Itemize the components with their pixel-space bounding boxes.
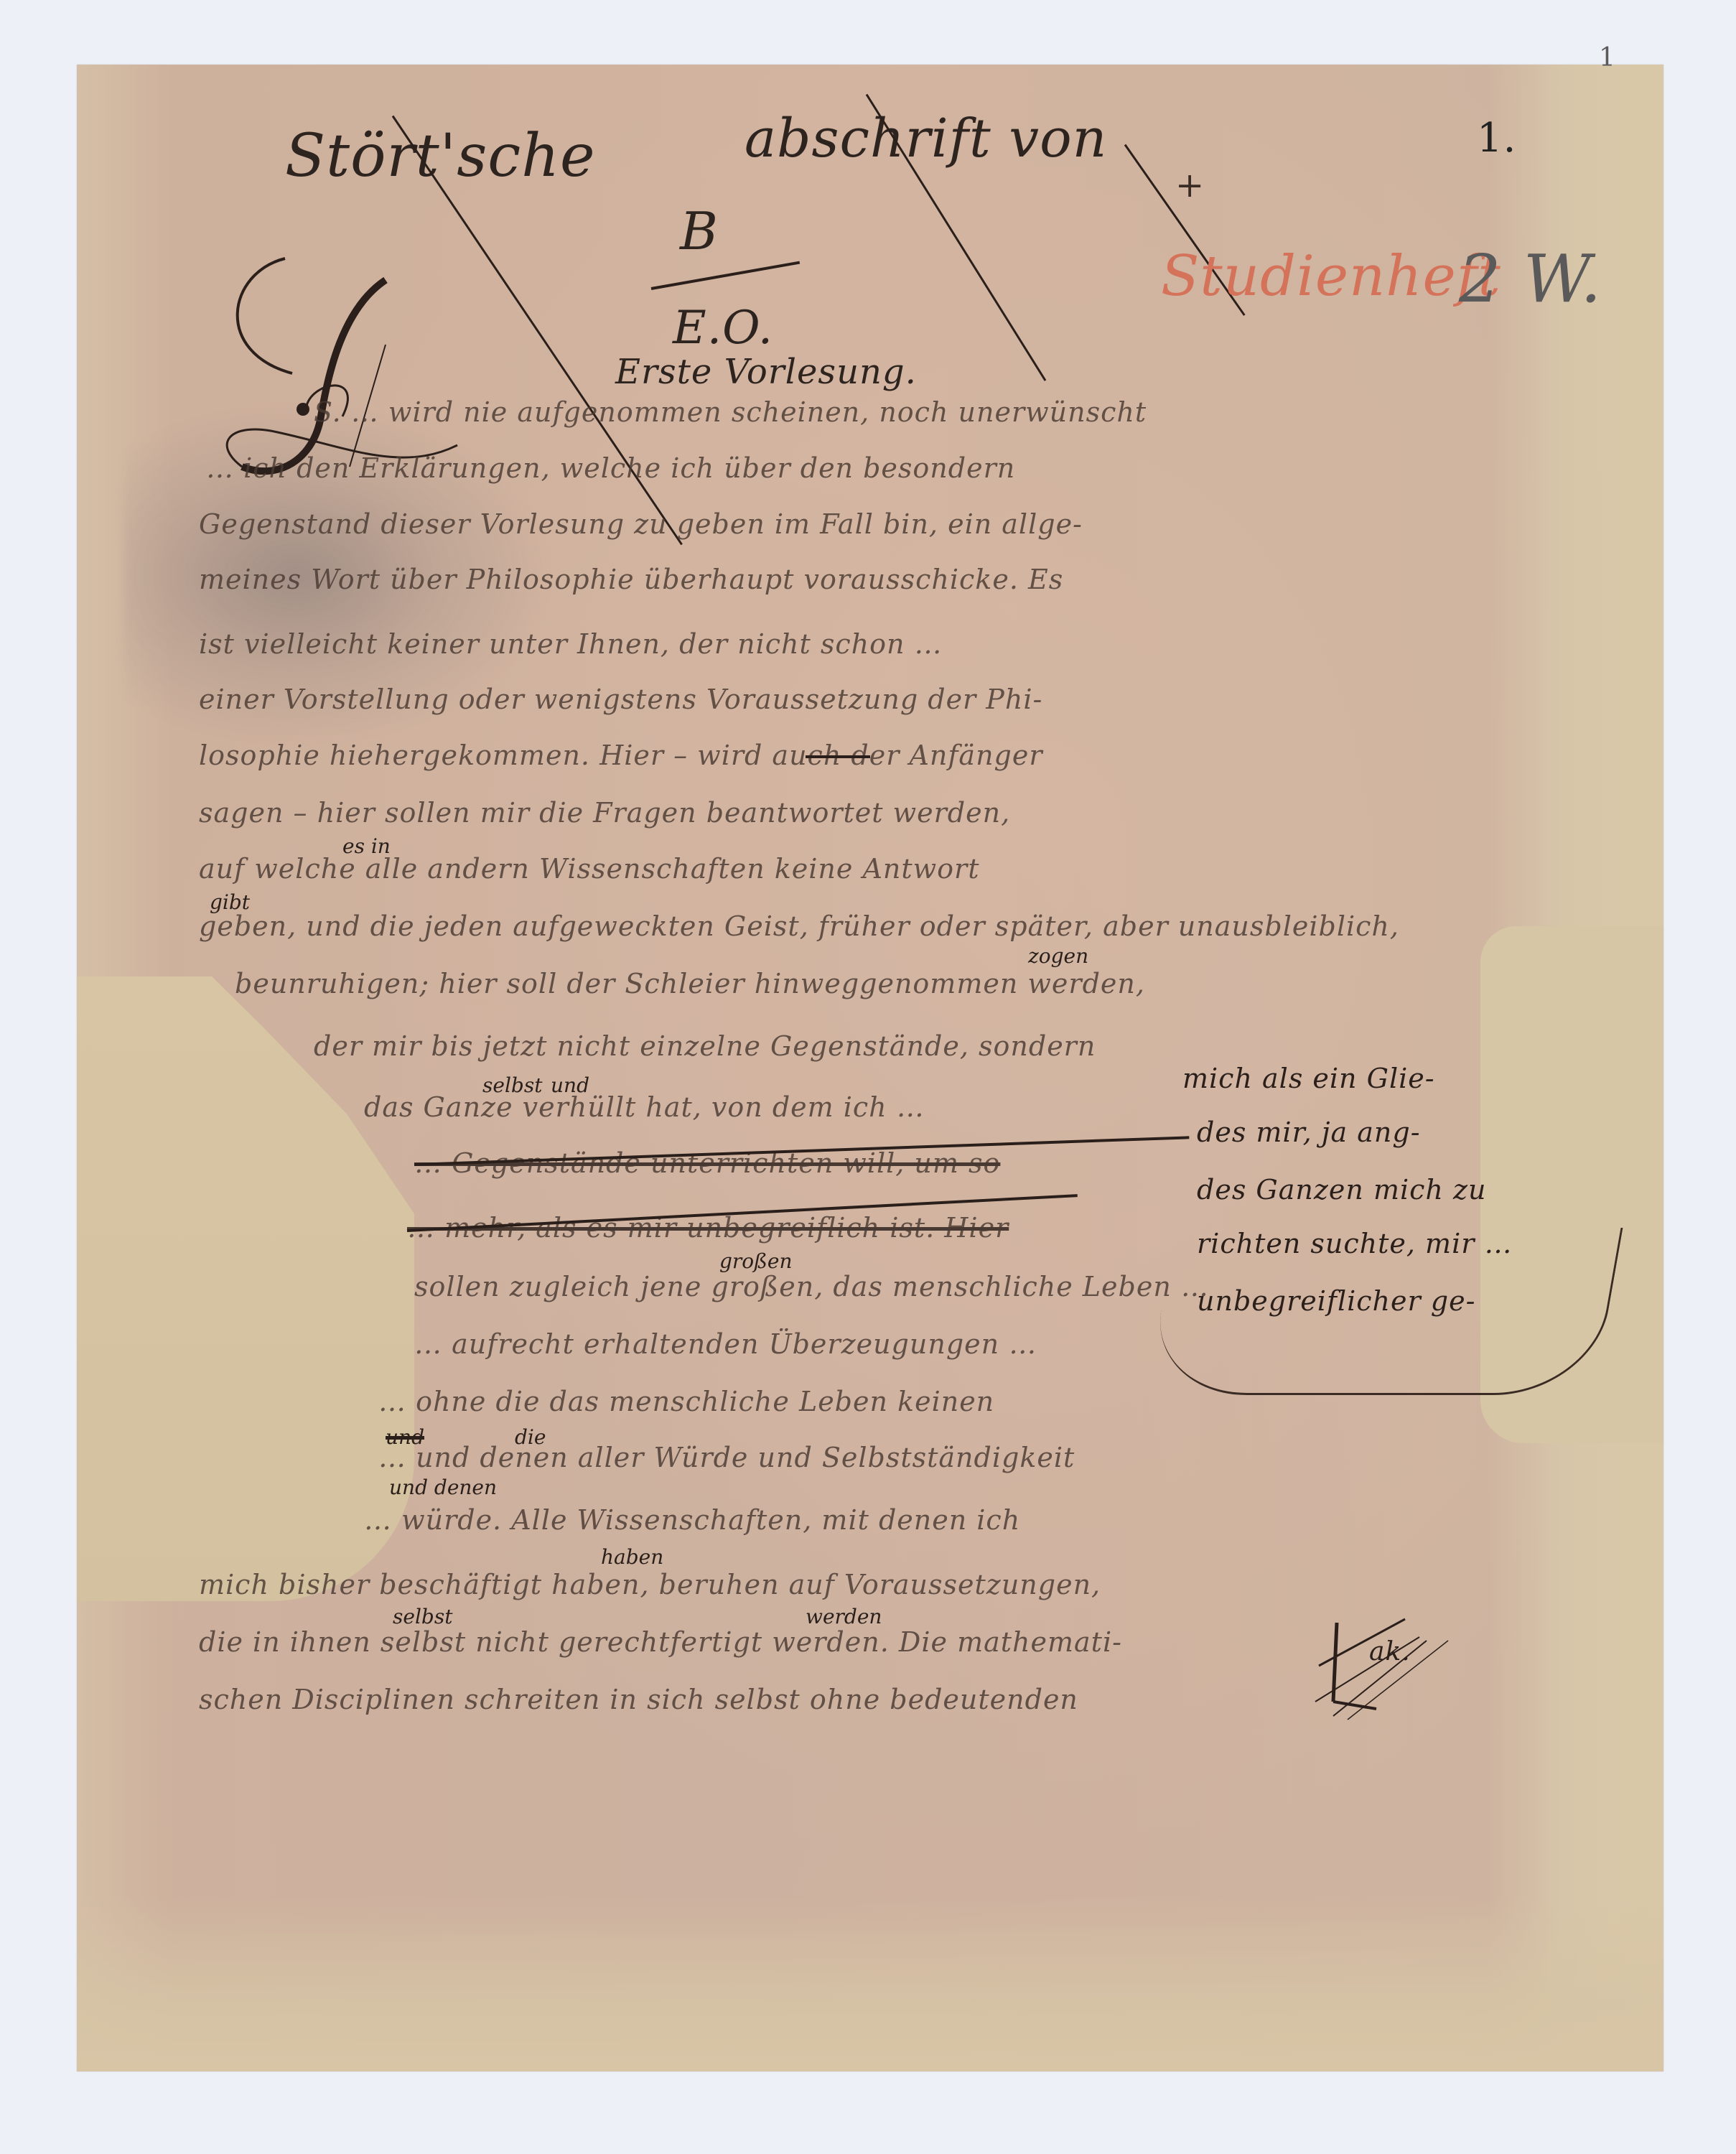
body-line-23: schen Disciplinen schreiten in sich selb… [199, 1684, 1078, 1715]
insert-selbst: selbst [482, 1073, 542, 1097]
manuscript-page: Stört'sche abschrift von B E.O. Erste Vo… [77, 65, 1663, 2071]
insert-und-denen: und denen [389, 1475, 497, 1499]
pencil-folio-number: 1 [1599, 43, 1616, 73]
body-line-1: S. … wird nie aufgenommen scheinen, noch… [314, 396, 1147, 428]
red-pencil-annotation: Studienheft [1161, 244, 1501, 309]
ak-editorial-mark [1305, 1608, 1462, 1730]
body-line-8: sagen – hier sollen mir die Fragen beant… [199, 797, 1010, 829]
page-number: 1. [1477, 115, 1516, 162]
body-line-7: losophie hiehergekommen. Hier – wird auc… [199, 740, 1043, 771]
fraction-denominator: E.O. [673, 302, 773, 355]
insert-die: die [515, 1425, 546, 1449]
margin-note-line-4: richten suchte, mir … [1197, 1228, 1512, 1259]
margin-note-line-1: mich als ein Glie- [1182, 1063, 1435, 1094]
body-line-15-struck: … mehr, als es mir unbegreiflich ist. Hi… [407, 1212, 1009, 1244]
body-line-21: mich bisher beschäftigt haben, beruhen a… [199, 1569, 1101, 1600]
body-line-20: … würde. Alle Wissenschaften, mit denen … [364, 1504, 1020, 1536]
insert-grossen: großen [719, 1249, 792, 1273]
body-line-2: … ich den Erklärungen, welche ich über d… [206, 452, 1015, 484]
insert-gezogen: zogen [1028, 944, 1088, 968]
body-line-5: ist vielleicht keiner unter Ihnen, der n… [199, 628, 943, 660]
insert-werden: werden [806, 1605, 882, 1628]
body-line-9: auf welche alle andern Wissenschaften ke… [199, 853, 979, 885]
body-line-12: der mir bis jetzt nicht einzelne Gegenst… [314, 1030, 1096, 1062]
margin-note-line-3: des Ganzen mich zu [1197, 1174, 1486, 1206]
body-line-19: … und denen aller Würde und Selbstständi… [378, 1442, 1075, 1473]
body-line-13: das Ganze verhüllt hat, von dem ich … [364, 1091, 925, 1123]
insert-und-left: und [386, 1425, 424, 1449]
insert-selbst-2: selbst [393, 1605, 452, 1628]
insert-haben: haben [601, 1545, 663, 1569]
insert-und: und [551, 1073, 589, 1097]
underline-hier [806, 755, 870, 758]
body-line-10: geben, und die jeden aufgeweckten Geist,… [199, 910, 1399, 942]
ak-mark-text: ak. [1369, 1637, 1411, 1666]
lecture-heading: Erste Vorlesung. [615, 352, 917, 392]
body-line-3: Gegenstand dieser Vorlesung zu geben im … [199, 508, 1083, 540]
paper-repair-patch-bottom [77, 1896, 1663, 2071]
fraction-bar [651, 261, 801, 290]
body-line-14-struck: … Gegenstände unterrichten will, um so [414, 1147, 1000, 1179]
margin-note-line-5: unbegreiflicher ge- [1197, 1285, 1475, 1317]
body-line-17: … aufrecht erhaltenden Überzeugungen … [414, 1328, 1037, 1360]
body-line-11: beunruhigen; hier soll der Schleier hinw… [235, 968, 1145, 999]
x-mark: + [1175, 165, 1205, 205]
margin-note-line-2: des mir, ja ang- [1197, 1116, 1421, 1148]
body-line-18: … ohne die das menschliche Leben keinen [378, 1386, 994, 1417]
header-title-left: Stört'sche [285, 122, 596, 190]
insert-gibt: gibt [210, 890, 250, 914]
insert-es-in: es in [342, 834, 391, 858]
body-line-6: einer Vorstellung oder wenigstens Voraus… [199, 684, 1042, 715]
gray-pencil-annotation: 2 W. [1459, 241, 1602, 317]
header-title-right: abschrift von [745, 108, 1107, 169]
body-line-16: sollen zugleich jene großen, das menschl… [414, 1271, 1209, 1302]
body-line-4: meines Wort über Philosophie überhaupt v… [199, 564, 1063, 595]
fraction-numerator: B [680, 201, 719, 261]
body-line-22: die in ihnen selbst nicht gerechtfertigt… [199, 1626, 1122, 1658]
